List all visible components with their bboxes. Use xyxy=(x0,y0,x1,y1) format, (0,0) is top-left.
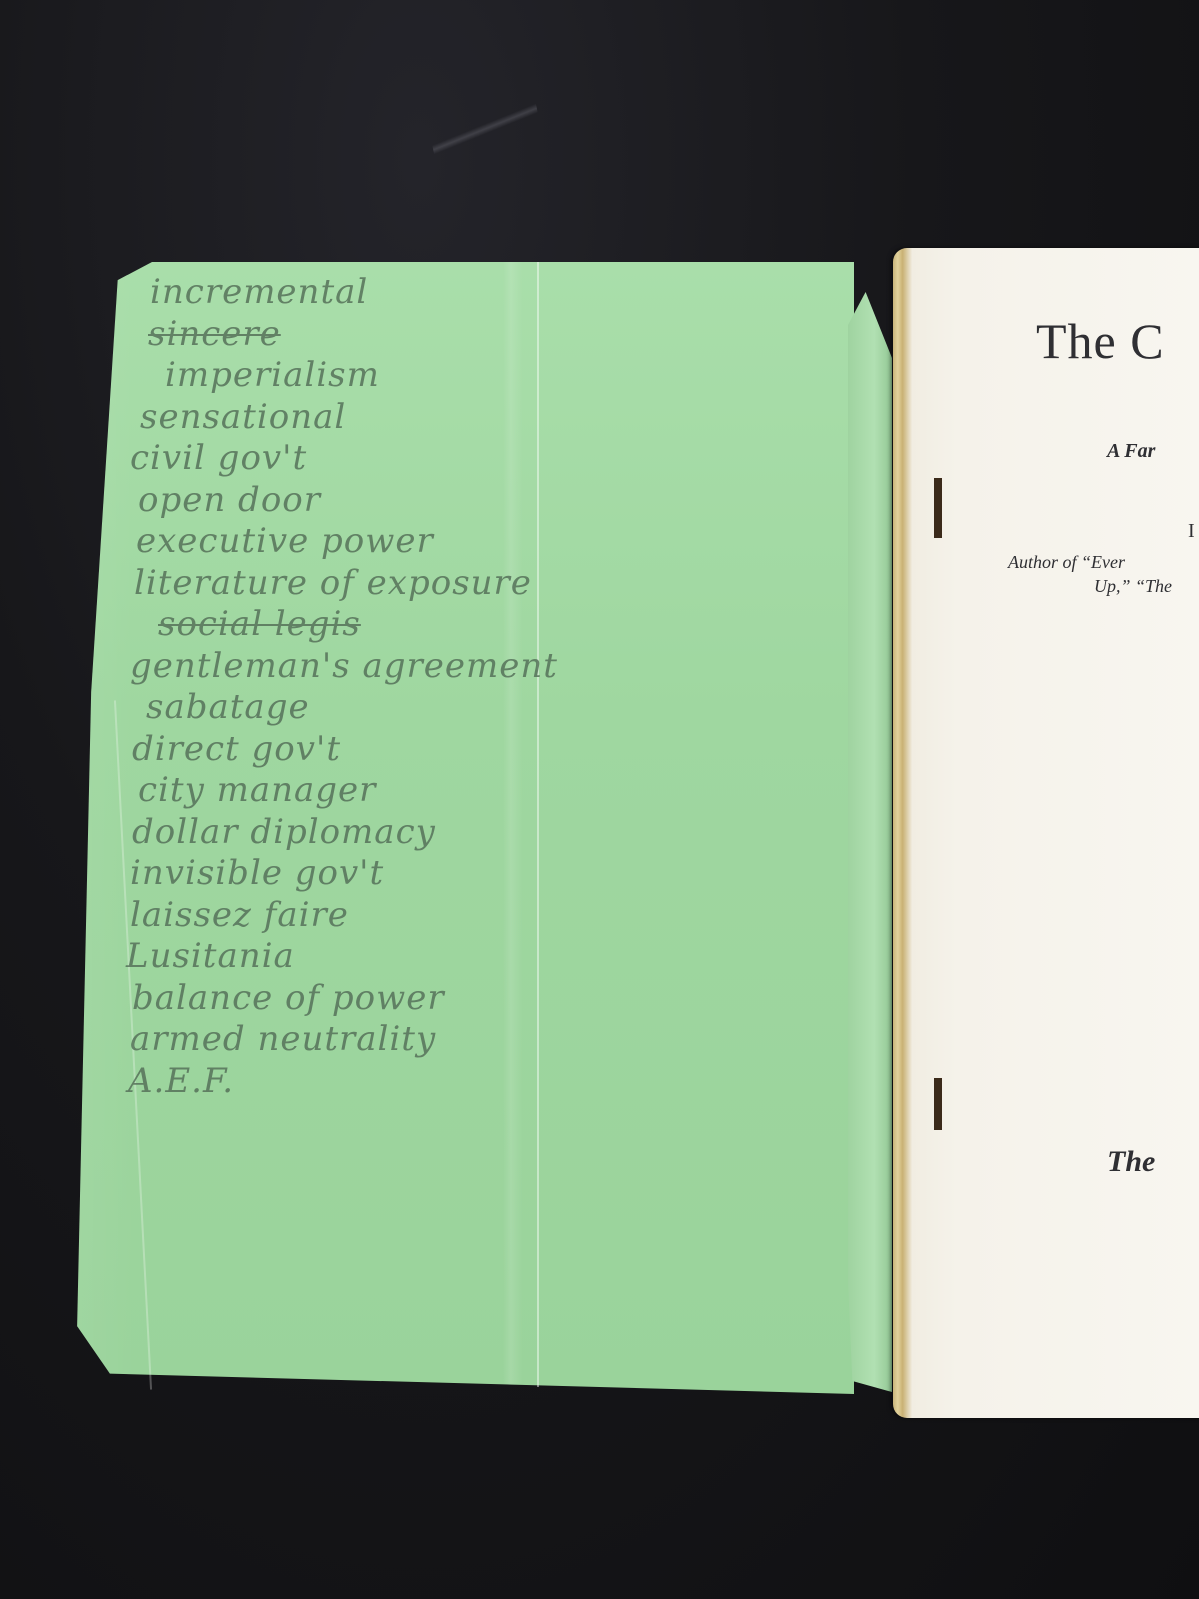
author-initial: I xyxy=(1188,520,1195,543)
title-page: The C A Far I Author of “Ever Up,” “The … xyxy=(0,0,1199,1599)
author-credits-line-2: Up,” “The xyxy=(1094,576,1172,597)
book-subtitle: A Far xyxy=(1107,440,1155,463)
author-credits-line-1: Author of “Ever xyxy=(1008,552,1125,573)
book-title: The C xyxy=(1036,312,1165,370)
publisher-name: The xyxy=(1107,1145,1155,1179)
